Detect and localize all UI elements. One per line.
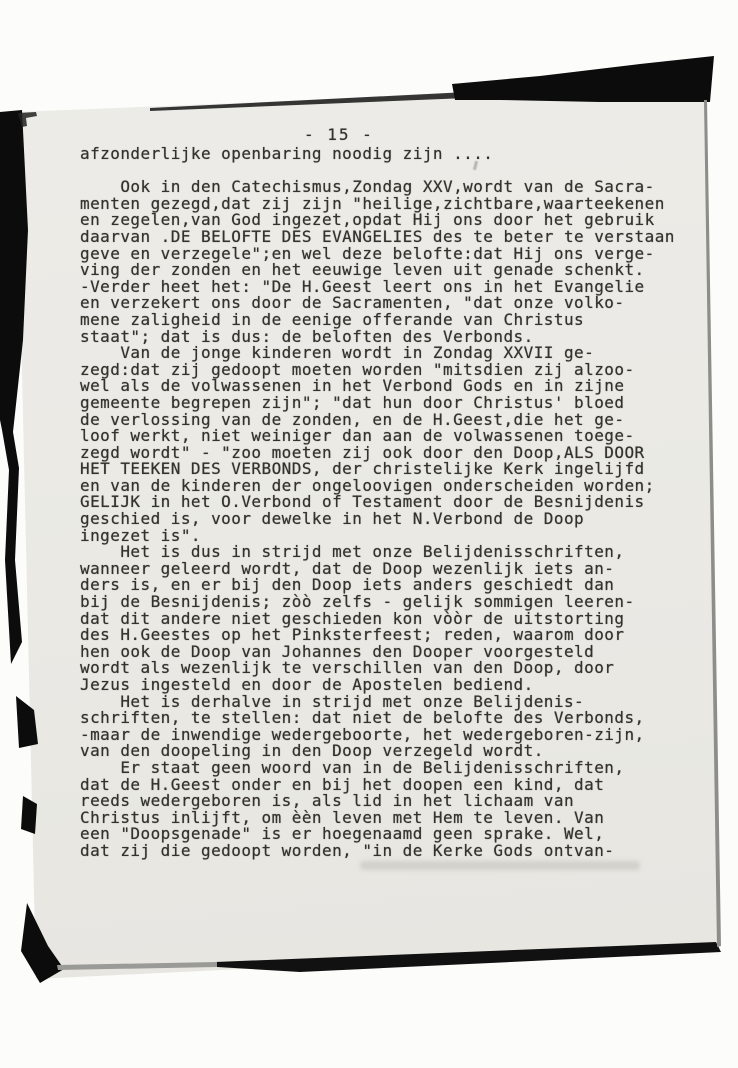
ink-bleed-ghost-line: [360, 861, 640, 870]
text-line: gemeente begrepen zijn"; "dat hun door C…: [80, 395, 700, 412]
body-text: afzonderlijke openbaring noodig zijn ...…: [80, 146, 700, 860]
scanned-document: - 15 - afzonderlijke openbaring noodig z…: [0, 0, 738, 1068]
text-line: dat zij die gedoopt worden, "in de Kerke…: [80, 843, 700, 860]
page-number: - 15 -: [304, 125, 374, 144]
text-line: afzonderlijke openbaring noodig zijn ...…: [80, 146, 700, 163]
